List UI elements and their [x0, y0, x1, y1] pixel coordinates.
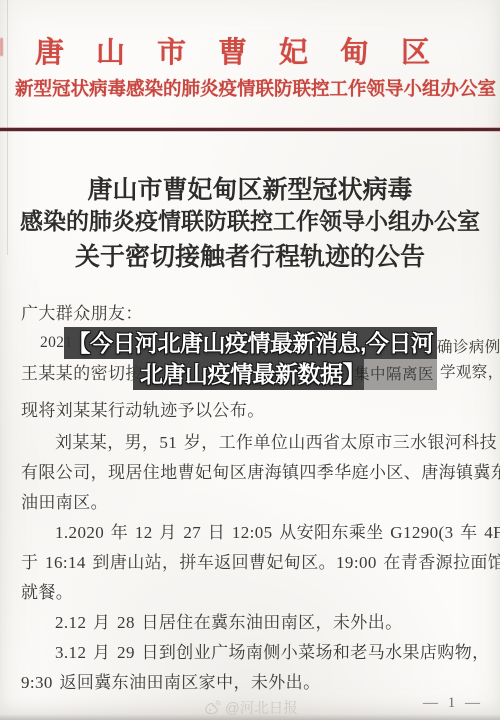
item1-line2: 于 16:14 到唐山站，拼车返回曹妃甸区。19:00 在青香源拉面馆 [21, 548, 500, 573]
document-photo: 唐山市曹妃甸区 新型冠状病毒感染的肺炎疫情联防联控工作领导小组办公室 唐山市曹妃… [0, 0, 500, 720]
para1-line1-right-fragment: 确诊病例 [437, 335, 500, 357]
item1-line3: 就餐。 [21, 578, 73, 603]
para1-line2-ghost-under-overlay: 集中隔离医 [354, 366, 434, 383]
para1-line3: 现将刘某某行动轨迹予以公布。 [21, 396, 265, 421]
salutation: 广大群众朋友： [21, 299, 143, 324]
caption-overlay-line2: 北唐山疫情最新数据】 集中隔离医 [133, 359, 437, 390]
caption-overlay-line1: 【今日河北唐山疫情最新消息,今日河 [64, 327, 437, 359]
page-number: — 1 — [423, 695, 483, 712]
para2-line3: 油田南区。 [21, 488, 108, 513]
para2-line1: 刘某某，男，51 岁，工作单位山西省太原市三水银河科技 [55, 428, 497, 453]
weibo-icon [204, 700, 221, 715]
doc-title-line3: 关于密切接触者行程轨迹的公告 [0, 237, 500, 273]
item1-line1: 1.2020 年 12 月 27 日 12:05 从安阳东乘坐 G1290(3 … [55, 518, 500, 543]
doc-title-line1: 唐山市曹妃甸区新型冠状病毒 [0, 170, 500, 206]
letterhead-org-name: 唐山市曹妃甸区 [35, 30, 462, 71]
red-stamp-fragment [0, 38, 3, 56]
para1-line2-right-fragment: 学观察， [440, 360, 500, 382]
item3-line2: 9:30 返回冀东油田南区家中，未外出。 [21, 668, 320, 693]
letterhead-rule [0, 128, 500, 131]
doc-title-line2: 感染的肺炎疫情联防联控工作领导小组办公室 [0, 203, 500, 236]
item2-line1: 2.12 月 28 日居住在冀东油田南区，未外出。 [55, 608, 403, 633]
caption-overlay-line2-text: 北唐山疫情最新数据】 [140, 361, 365, 387]
letterhead-office-name: 新型冠状病毒感染的肺炎疫情联防联控工作领导小组办公室 [15, 75, 496, 101]
para2-line2: 有限公司，现居住地曹妃甸区唐海镇四季华庭小区、唐海镇冀东 [21, 458, 500, 483]
item3-line1: 3.12 月 29 日到创业广场南侧小菜场和老马水果店购物， [55, 638, 490, 663]
para1-line2-left-fragment: 王某某的密切接 [21, 359, 143, 384]
photo-bottom-edge [0, 714, 500, 720]
